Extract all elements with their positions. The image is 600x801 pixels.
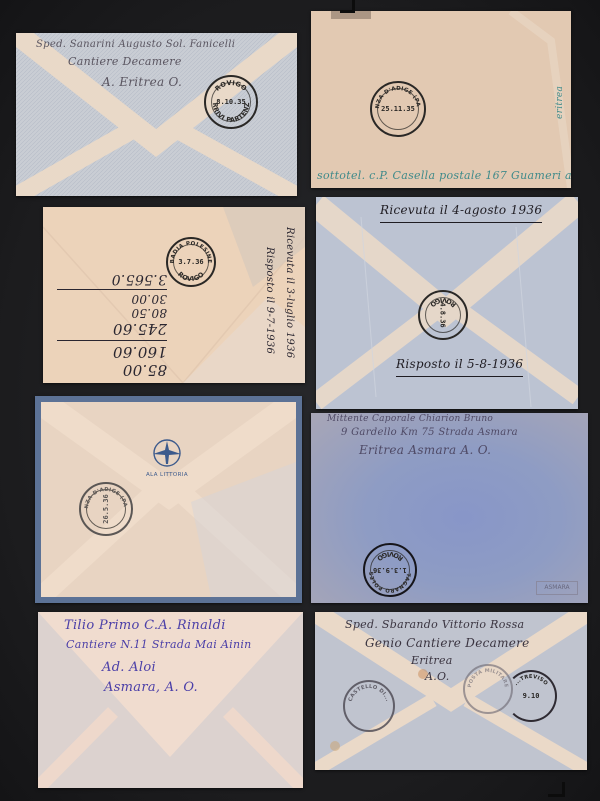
postmark: BADIA POLESINE ROVIGO 3.7.36 [166, 237, 216, 287]
postmark-date: 25.11.35 [381, 105, 415, 113]
ala-littoria-logo: ALA LITTORIA [144, 438, 190, 478]
answered-note: Risposto il 9-7-1936 [264, 247, 275, 354]
sender-address-line-1: Sped. Sanarini Augusto Sol. Fanicelli [36, 39, 235, 50]
postmark: ROVIGO ARRIVI PARTENZE 8.10.35 [204, 75, 258, 129]
envelope-3: 85.00 160.60 245.60 80.50 30.00 3.565.0 … [43, 207, 305, 383]
sender-address-line-4: Asmara, A. O. [104, 680, 198, 695]
sender-address-line-1: Tilio Primo C.A. Rinaldi [64, 618, 226, 633]
envelope-body: ALA LITTORIA PIACENZA D'ADIGE (PADOVA) 2… [41, 402, 296, 597]
sender-address-line-2: Cantiere Decamere [68, 55, 182, 68]
svg-text:...TREVISO: ...TREVISO [513, 674, 549, 687]
postmark: PIACENZA D'ADIGE (PADOVA) 26.5.36 [79, 482, 133, 536]
envelope-5: ALA LITTORIA PIACENZA D'ADIGE (PADOVA) 2… [35, 396, 302, 603]
label-stamp: ASMARA [536, 581, 578, 595]
logo-label: ALA LITTORIA [144, 472, 190, 478]
postmark-date: 4.8.36 [439, 302, 447, 327]
album-page: Sped. Sanarini Augusto Sol. Fanicelli Ca… [0, 0, 600, 801]
sender-address-line-3: Eritrea Asmara A. O. [359, 443, 491, 457]
postmark-3: ...TREVISO 9.10 [505, 670, 557, 722]
sender-address-line-3: Eritrea [411, 654, 453, 667]
envelope-8: Sped. Sbarando Vittorio Rossa Genio Cant… [315, 612, 587, 770]
sender-address-line-2: Genio Cantiere Decamere [365, 636, 530, 650]
sender-address-line-2: Cantiere N.11 Strada Mai Ainin [66, 638, 252, 651]
postmark-date: 8.10.35 [216, 98, 246, 106]
sender-address-line-3: Ad. Aloi [102, 660, 156, 675]
svg-text:ROVIGO: ROVIGO [375, 550, 405, 563]
received-note: Ricevuta il 4-agosto 1936 [380, 203, 542, 223]
svg-text:ROVIGO: ROVIGO [213, 79, 248, 93]
sender-address-line-1: Sped. Sbarando Vittorio Rossa [345, 618, 524, 631]
destination-note: eritrea [555, 86, 565, 119]
postmark: PIACENZA D'ADIGE (PADOVA) 25.11.35 [370, 81, 426, 137]
accounting-figures: 85.00 160.60 245.60 80.50 30.00 3.565.0 [57, 271, 167, 379]
postmark-date: 1.3.9.36 [373, 566, 407, 574]
envelope-6: Mittente Caporale Chiarion Bruno 9 Garde… [311, 413, 588, 603]
answered-note: Risposto il 5-8-1936 [396, 357, 523, 377]
postmark-date: 9.10 [523, 692, 540, 700]
svg-text:POSTA MILITARE: POSTA MILITARE [467, 668, 509, 688]
svg-text:ROVIGO: ROVIGO [176, 270, 206, 283]
sender-address-line-1: Mittente Caporale Chiarion Bruno [327, 414, 493, 424]
sender-address: sottotel. c.P. Casella postale 167 Guame… [317, 169, 571, 182]
postmark: ROVIGO 4.8.36 [418, 290, 468, 340]
envelope-texture [311, 11, 571, 188]
envelope-flap [41, 402, 296, 597]
postmark-1: CASTELLO DI... [343, 680, 395, 732]
sender-address-line-2: 9 Gardello Km 75 Strada Asmara [341, 427, 518, 438]
postmark-date: 26.5.36 [102, 494, 110, 524]
postmark-date: 3.7.36 [178, 258, 203, 266]
album-corner-mark [340, 0, 355, 13]
svg-text:CASTELLO DI...: CASTELLO DI... [348, 684, 391, 703]
airplane-icon [152, 438, 182, 468]
received-note: Ricevuta il 3-luglio 1936 [284, 227, 295, 358]
envelope-2: PIACENZA D'ADIGE (PADOVA) 25.11.35 sotto… [311, 11, 571, 188]
postmark: ROVIGO CASTAGNARO POLESINE 1.3.9.36 [363, 543, 417, 597]
envelope-7: Tilio Primo C.A. Rinaldi Cantiere N.11 S… [38, 612, 303, 788]
sender-address-line-3: A. Eritrea O. [102, 75, 182, 89]
envelope-1: Sped. Sanarini Augusto Sol. Fanicelli Ca… [16, 33, 297, 196]
sender-address-line-4: A.O. [425, 670, 450, 683]
envelope-4: Ricevuta il 4-agosto 1936 ROVIGO 4.8.36 … [316, 197, 578, 409]
album-corner-mark [548, 782, 565, 797]
